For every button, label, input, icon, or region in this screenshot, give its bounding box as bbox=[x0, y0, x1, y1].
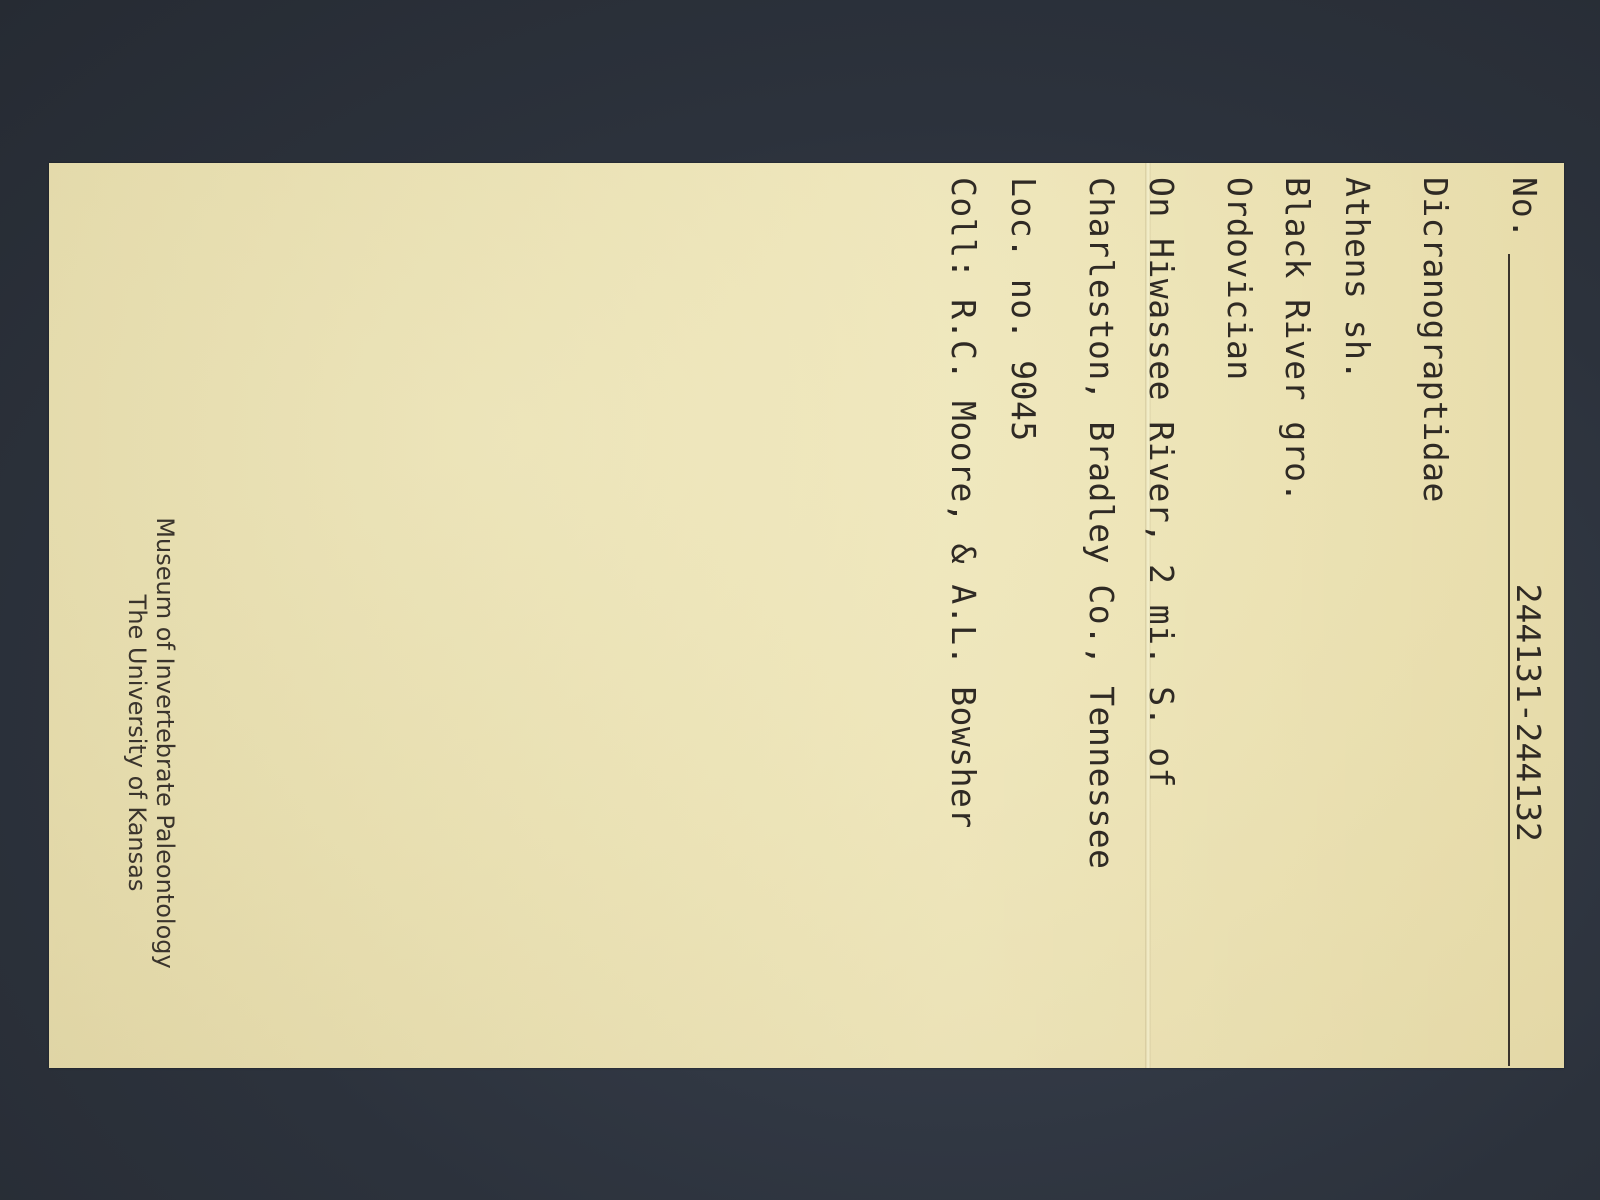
catalog-number-value: 244131-244132 bbox=[1512, 584, 1545, 842]
collectors: Coll: R.C. Moore, & A.L. Bowsher bbox=[947, 177, 980, 829]
locality-line-2: Charleston, Bradley Co., Tennessee bbox=[1085, 177, 1118, 870]
geologic-period: Ordovician bbox=[1223, 177, 1256, 381]
group: Black River gro. bbox=[1281, 177, 1314, 503]
institution-footer: Museum of Invertebrate Paleontology The … bbox=[123, 463, 179, 1023]
label-content: No. 244131-244132 Dicranograptidae Athen… bbox=[49, 163, 1564, 1068]
institution-name: Museum of Invertebrate Paleontology bbox=[151, 463, 179, 1023]
formation: Athens sh. bbox=[1341, 177, 1374, 381]
catalog-number-label: No. bbox=[1508, 177, 1541, 240]
locality-number: Loc. no. 9045 bbox=[1007, 177, 1040, 442]
catalog-number-row: No. 244131-244132 bbox=[1508, 177, 1546, 1066]
catalog-number-underline: 244131-244132 bbox=[1508, 254, 1546, 1066]
taxon-family: Dicranograptidae bbox=[1419, 177, 1452, 503]
locality-line-1: On Hiwassee River, 2 mi. S. of bbox=[1145, 177, 1178, 788]
university-name: The University of Kansas bbox=[123, 463, 151, 1023]
specimen-label: No. 244131-244132 Dicranograptidae Athen… bbox=[49, 163, 1564, 1068]
